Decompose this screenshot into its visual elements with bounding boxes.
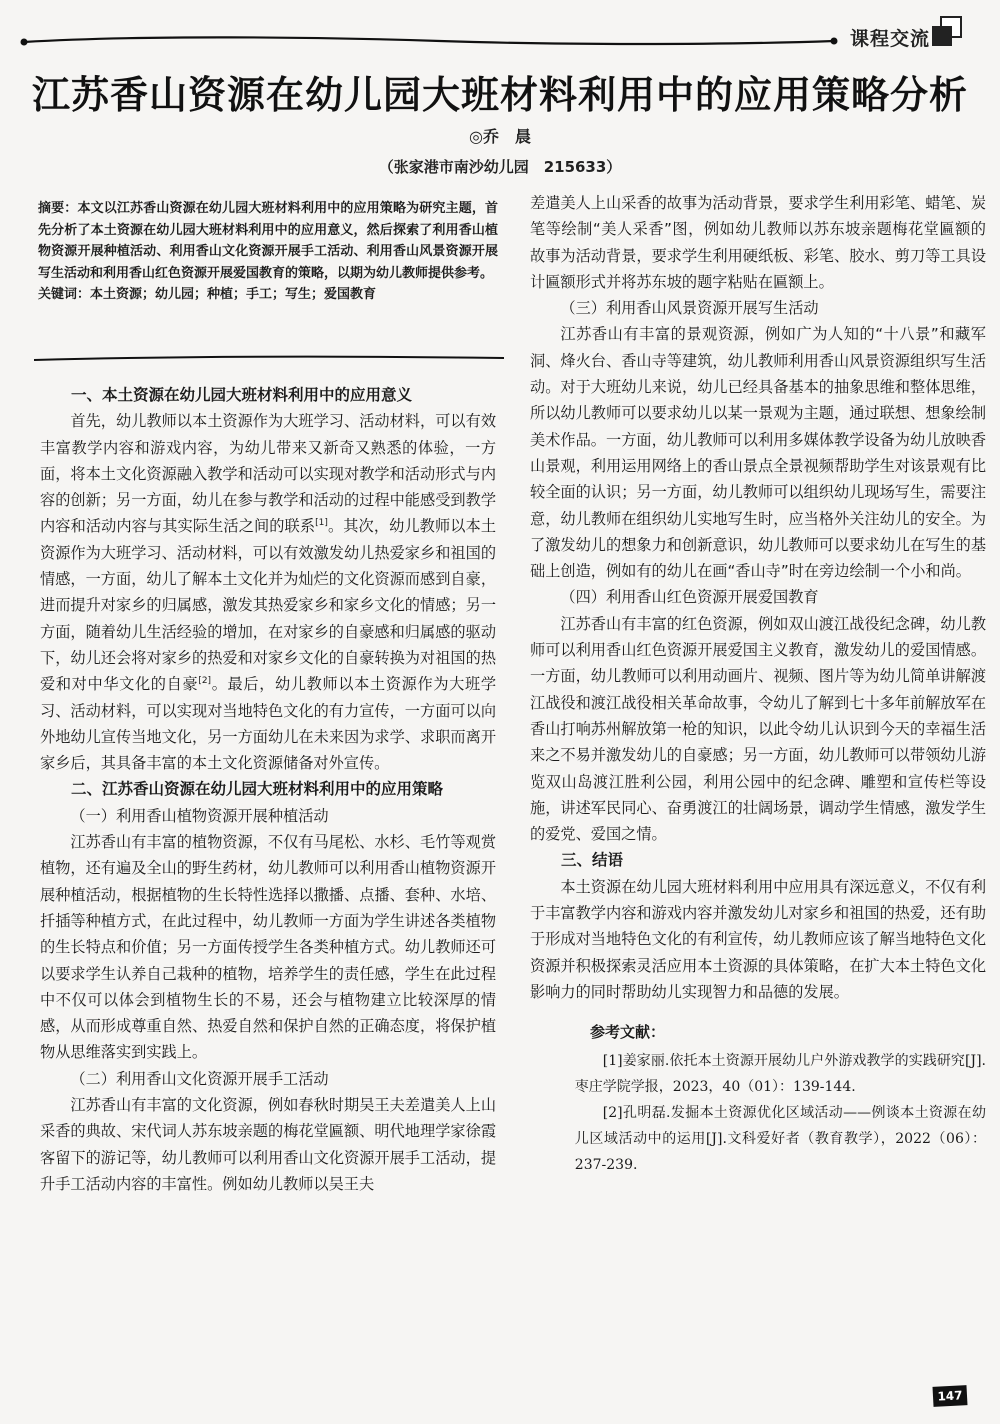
references-title: 参考文献： [530,1019,986,1045]
abstract-divider [34,355,504,361]
header-rule [20,36,838,46]
subsection-heading-4: （四）利用香山红色资源开展爱国教育 [530,584,986,610]
subsection-heading-3: （三）利用香山风景资源开展写生活动 [530,295,986,321]
abstract-text: 本文以江苏香山资源在幼儿园大班材料利用中的应用策略为研究主题，首先分析了本土资源… [38,201,498,281]
subsection-heading-1: （一）利用香山植物资源开展种植活动 [40,803,496,829]
reference-item: [2]孔明磊.发掘本土资源优化区域活动——例谈本土资源在幼儿区域活动中的运用[J… [530,1100,986,1178]
citation[interactable]: [1] [315,518,328,528]
abstract: 摘要：本文以江苏香山资源在幼儿园大班材料利用中的应用策略为研究主题，首先分析了本… [38,198,498,306]
section-heading-1: 一、本土资源在幼儿园大班材料利用中的应用意义 [40,382,496,408]
paragraph: 江苏香山有丰富的景观资源，例如广为人知的“十八景”和藏军洞、烽火台、香山寺等建筑… [530,321,986,584]
keywords: 关键词：本土资源；幼儿园；种植；手工；写生；爱国教育 [38,284,498,306]
paragraph: 首先，幼儿教师以本土资源作为大班学习、活动材料，可以有效丰富教学内容和游戏内容，… [40,408,496,776]
left-column: 一、本土资源在幼儿园大班材料利用中的应用意义 首先，幼儿教师以本土资源作为大班学… [40,382,496,1197]
article-title: 江苏香山资源在幼儿园大班材料利用中的应用策略分析 [0,64,1000,119]
affiliation: （张家港市南沙幼儿园 215633） [0,156,1000,177]
subsection-heading-2: （二）利用香山文化资源开展手工活动 [40,1066,496,1092]
reference-item: [1]姜家丽.依托本土资源开展幼儿户外游戏教学的实践研究[J].枣庄学院学报，2… [530,1048,986,1100]
right-column: 差遣美人上山采香的故事为活动背景，要求学生利用彩笔、蜡笔、炭笔等绘制“美人采香”… [530,190,986,1178]
paragraph: 江苏香山有丰富的红色资源，例如双山渡江战役纪念碑，幼儿教师可以利用香山红色资源开… [530,611,986,848]
section-heading-2: 二、江苏香山资源在幼儿园大班材料利用中的应用策略 [40,776,496,802]
keywords-label: 关键词： [38,287,90,302]
citation[interactable]: [2] [198,676,211,686]
abstract-label: 摘要： [38,201,77,216]
paragraph: 江苏香山有丰富的文化资源，例如春秋时期吴王夫差遣美人上山采香的典故、宋代词人苏东… [40,1092,496,1197]
abstract-body: 摘要：本文以江苏香山资源在幼儿园大班材料利用中的应用策略为研究主题，首先分析了本… [38,198,498,284]
paragraph: 本土资源在幼儿园大班材料利用中应用具有深远意义，不仅有利于丰富教学内容和游戏内容… [530,874,986,1005]
section-heading-3: 三、结语 [530,847,986,873]
author: ◎乔 晨 [0,124,1000,147]
paragraph-continued: 差遣美人上山采香的故事为活动背景，要求学生利用彩笔、蜡笔、炭笔等绘制“美人采香”… [530,190,986,295]
keywords-text: 本土资源；幼儿园；种植；手工；写生；爱国教育 [90,287,376,302]
journal-page: 课程交流 江苏香山资源在幼儿园大班材料利用中的应用策略分析 ◎乔 晨 （张家港市… [0,0,1000,1424]
section-tag: 课程交流 [850,24,930,51]
square-stack-icon [932,16,962,46]
page-number: 147 [932,1385,967,1407]
references: 参考文献： [1]姜家丽.依托本土资源开展幼儿户外游戏教学的实践研究[J].枣庄… [530,1019,986,1177]
paragraph: 江苏香山有丰富的植物资源，不仅有马尾松、水杉、毛竹等观赏植物，还有遍及全山的野生… [40,829,496,1066]
